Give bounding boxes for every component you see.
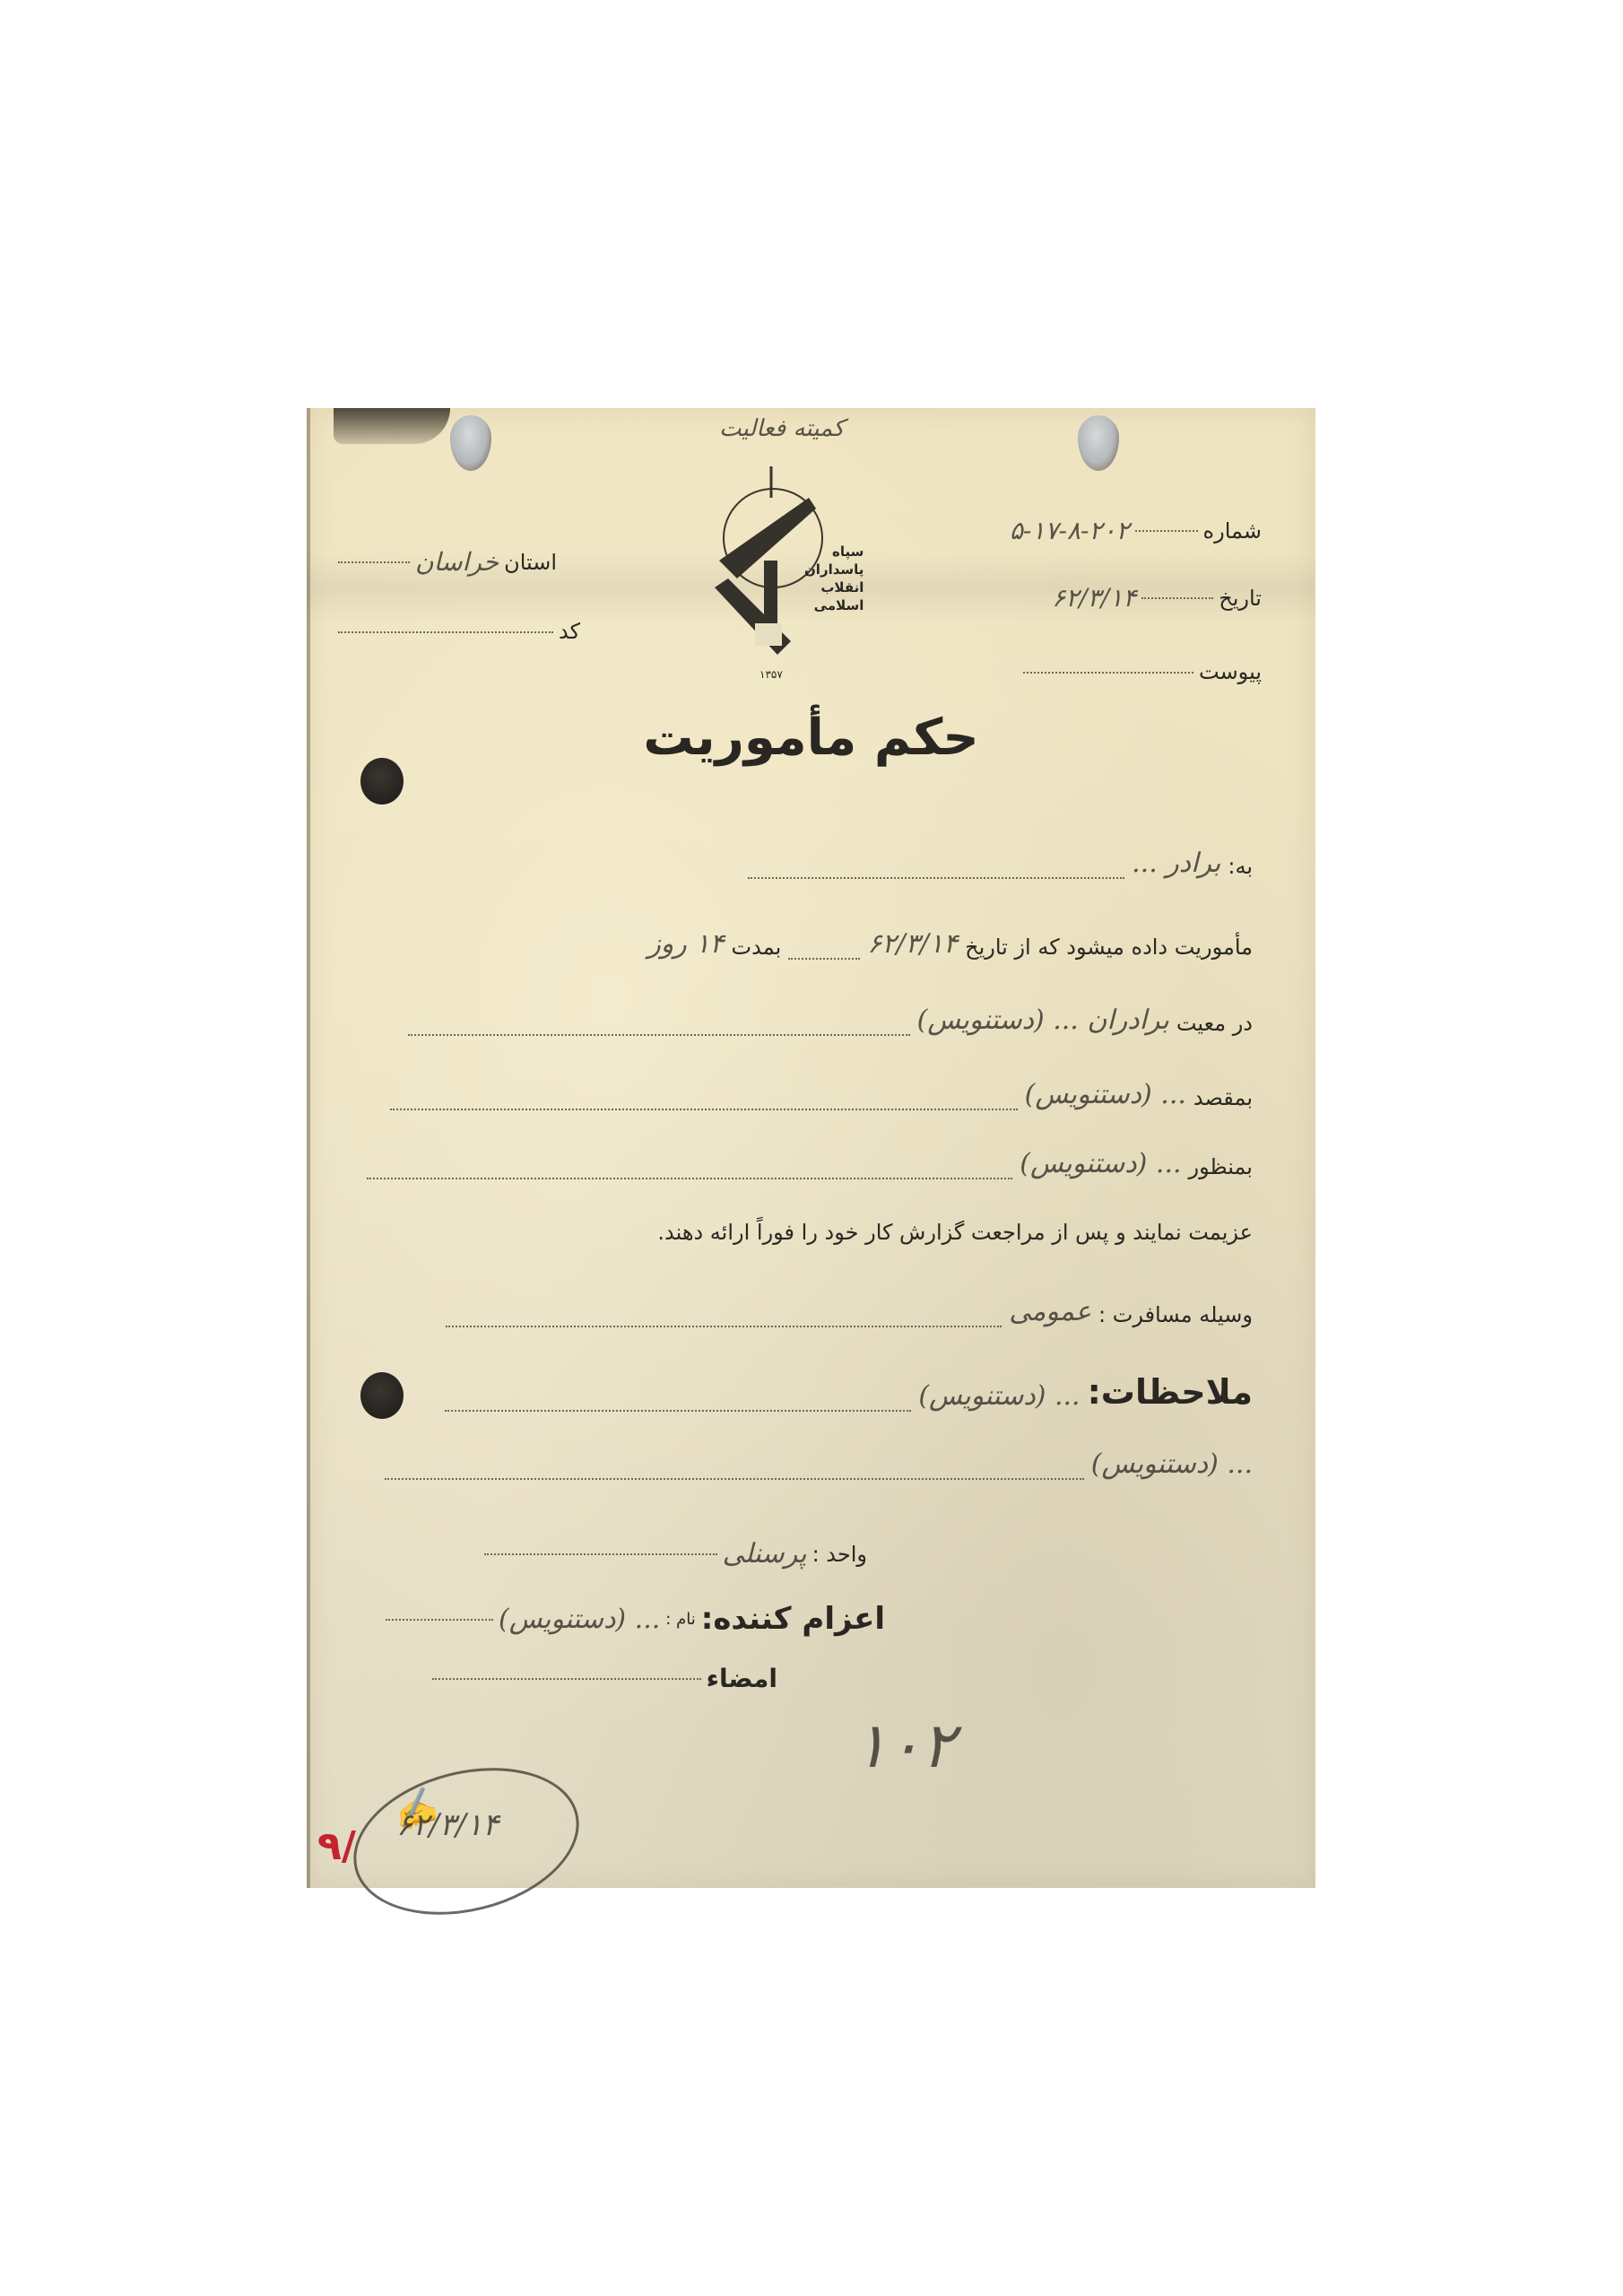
closing-text: عزیمت نمایند و پس از مراجعت گزارش کار خو… (657, 1220, 1253, 1245)
page-title: حکم مأموریت (307, 709, 1315, 767)
remarks-line1: ... (دستنویس) (918, 1380, 1080, 1412)
issuer-field: اعزام کننده: نام : ... (دستنویس) (386, 1601, 885, 1637)
accompany-value: برادران ... (دستنویس) (917, 1004, 1169, 1036)
unit-label: واحد : (812, 1542, 867, 1567)
attachment-label: پیوست (1199, 659, 1262, 684)
document-page: کمیته فعالیت سپاه پاسداران انقلاب اسلامی… (307, 408, 1315, 1888)
mission-text: مأموریت داده میشود که از تاریخ (965, 935, 1253, 960)
accompany-field: در معیت برادران ... (دستنویس) (408, 1004, 1253, 1036)
transport-label: وسیله مسافرت : (1098, 1302, 1253, 1327)
mission-date: ۶۲/۳/۱۴ (867, 928, 958, 960)
duration-label: بمدت (732, 935, 782, 960)
to-value: برادر ... (1132, 848, 1220, 879)
signature-field: امضاء (432, 1664, 777, 1693)
purpose-label: بمنظور (1189, 1154, 1253, 1179)
accompany-label: در معیت (1176, 1011, 1253, 1036)
name-label: نام : (665, 1610, 695, 1629)
top-annotation: کمیته فعالیت (719, 415, 845, 442)
province-label: استان (504, 550, 557, 575)
center-number: ۱۰۲ (854, 1709, 955, 1782)
date-field: تاریخ ۶۲/۳/۱۴ (1052, 583, 1262, 613)
number-label: شماره (1203, 518, 1262, 544)
logo-org-name: سپاه پاسداران انقلاب اسلامی (804, 543, 864, 614)
province-field: استان خراسان (338, 547, 557, 577)
mission-line: مأموریت داده میشود که از تاریخ ۶۲/۳/۱۴ ب… (647, 928, 1253, 960)
transport-value: عمومی (1009, 1296, 1091, 1327)
attachment-field: پیوست (1023, 659, 1262, 684)
date-value: ۶۲/۳/۱۴ (1052, 583, 1136, 613)
page-mark: ۹/ (317, 1823, 356, 1869)
purpose-value: ... (دستنویس) (1020, 1148, 1181, 1179)
closing-line: عزیمت نمایند و پس از مراجعت گزارش کار خو… (657, 1220, 1253, 1245)
remarks-line-2: ... (دستنویس) (385, 1448, 1253, 1480)
to-field: به: برادر ... (748, 848, 1253, 879)
remarks-line2: ... (دستنویس) (1091, 1448, 1253, 1480)
name-value: ... (دستنویس) (499, 1604, 660, 1635)
duration-value: ۱۴ روز (647, 928, 724, 960)
number-field: شماره ۵-۱۷-۸-۲۰۲ (1010, 516, 1262, 545)
destination-label: بمقصد (1193, 1085, 1253, 1110)
signature-date: ۶۲/۳/۱۴ (396, 1807, 499, 1843)
remarks-field: ملاحظات: ... (دستنویس) (445, 1372, 1253, 1412)
punch-hole-left (450, 415, 491, 471)
binder-dot-bottom (360, 1372, 404, 1419)
unit-field: واحد : پرسنلی (484, 1538, 867, 1570)
unit-value: پرسنلی (723, 1538, 807, 1570)
code-label: کد (559, 619, 580, 644)
remarks-label: ملاحظات: (1088, 1372, 1253, 1412)
logo-year: ۱۳۵۷ (759, 668, 783, 681)
torn-edge (334, 408, 450, 444)
code-field: کد (338, 619, 580, 644)
signature-label: امضاء (707, 1664, 777, 1693)
province-value: خراسان (415, 547, 499, 577)
number-value: ۵-۱۷-۸-۲۰۲ (1010, 516, 1130, 545)
issuer-label: اعزام کننده: (701, 1601, 885, 1637)
date-label: تاریخ (1219, 586, 1262, 611)
destination-value: ... (دستنویس) (1025, 1079, 1186, 1110)
destination-field: بمقصد ... (دستنویس) (390, 1079, 1253, 1110)
punch-hole-right (1078, 415, 1119, 471)
purpose-field: بمنظور ... (دستنویس) (367, 1148, 1253, 1179)
to-label: به: (1228, 854, 1253, 879)
transport-field: وسیله مسافرت : عمومی (446, 1296, 1253, 1327)
